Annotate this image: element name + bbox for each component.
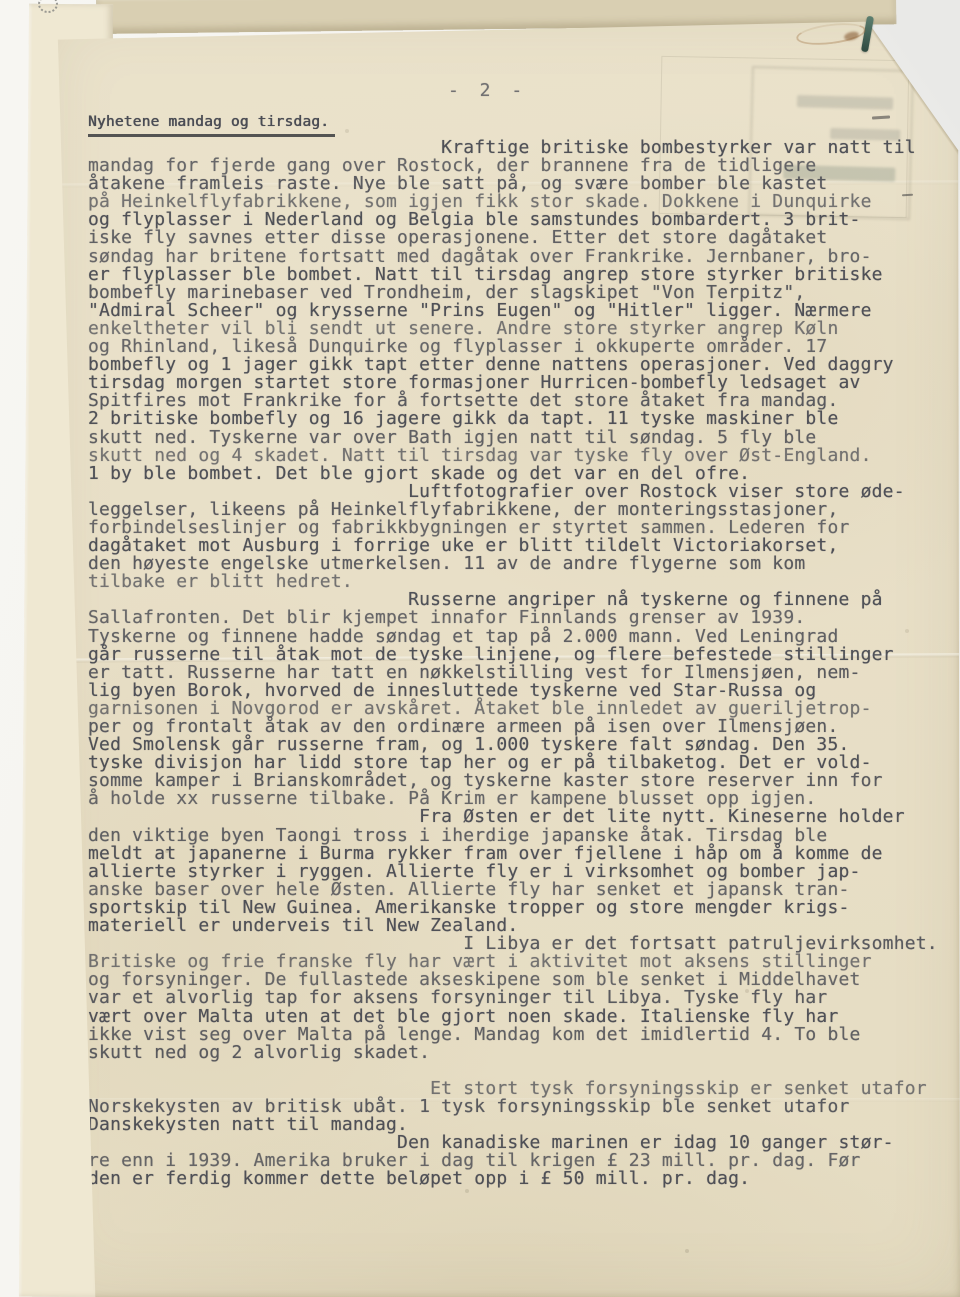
text-line: skutt ned. Tyskerne var over Bath igjen … bbox=[88, 429, 928, 447]
text-line: skutt ned og 2 alvorlig skadet. bbox=[88, 1044, 928, 1062]
text-line: søndag har britene fortsatt med dagåtak … bbox=[88, 248, 928, 266]
scanned-document: { "document": { "page_number": "- 2 -", … bbox=[0, 0, 960, 1297]
text-line: den er ferdig kommer dette beløpet opp i… bbox=[88, 1170, 928, 1188]
text-line: 2 britiske bombefly og 16 jagere gikk da… bbox=[88, 410, 928, 428]
text-line: Fra Østen er det lite nytt. Kineserne ho… bbox=[88, 808, 928, 826]
text-line: den viktige byen Taongi tross i iherdige… bbox=[88, 827, 928, 845]
news-heading: Nyhetene mandag og tirsdag. bbox=[88, 112, 335, 137]
text-line: ikke vist seg over Malta på lenge. Manda… bbox=[88, 1026, 928, 1044]
text-line: skutt ned og 4 skadet. Natt til tirsdag … bbox=[88, 447, 928, 465]
typewritten-text: Nyhetene mandag og tirsdag. Kraftige bri… bbox=[88, 78, 928, 1188]
body-lines: Kraftige britiske bombestyrker var natt … bbox=[88, 139, 928, 1188]
text-line: Tyskerne og finnene hadde søndag et tap … bbox=[88, 628, 928, 646]
document-page: - 2 - Nyhetene mandag og tirsdag. Krafti… bbox=[46, 10, 960, 1297]
text-line: Sallafronten. Det blir kjempet innafor F… bbox=[88, 609, 928, 627]
text-line: iske fly savnes etter disse operasjonene… bbox=[88, 229, 928, 247]
text-line: vært over Malta uten at det ble gjort no… bbox=[88, 1008, 928, 1026]
text-line: var et alvorlig tap for aksens forsyning… bbox=[88, 989, 928, 1007]
text-line: går russerne til åtak mot de tyske linje… bbox=[88, 646, 928, 664]
